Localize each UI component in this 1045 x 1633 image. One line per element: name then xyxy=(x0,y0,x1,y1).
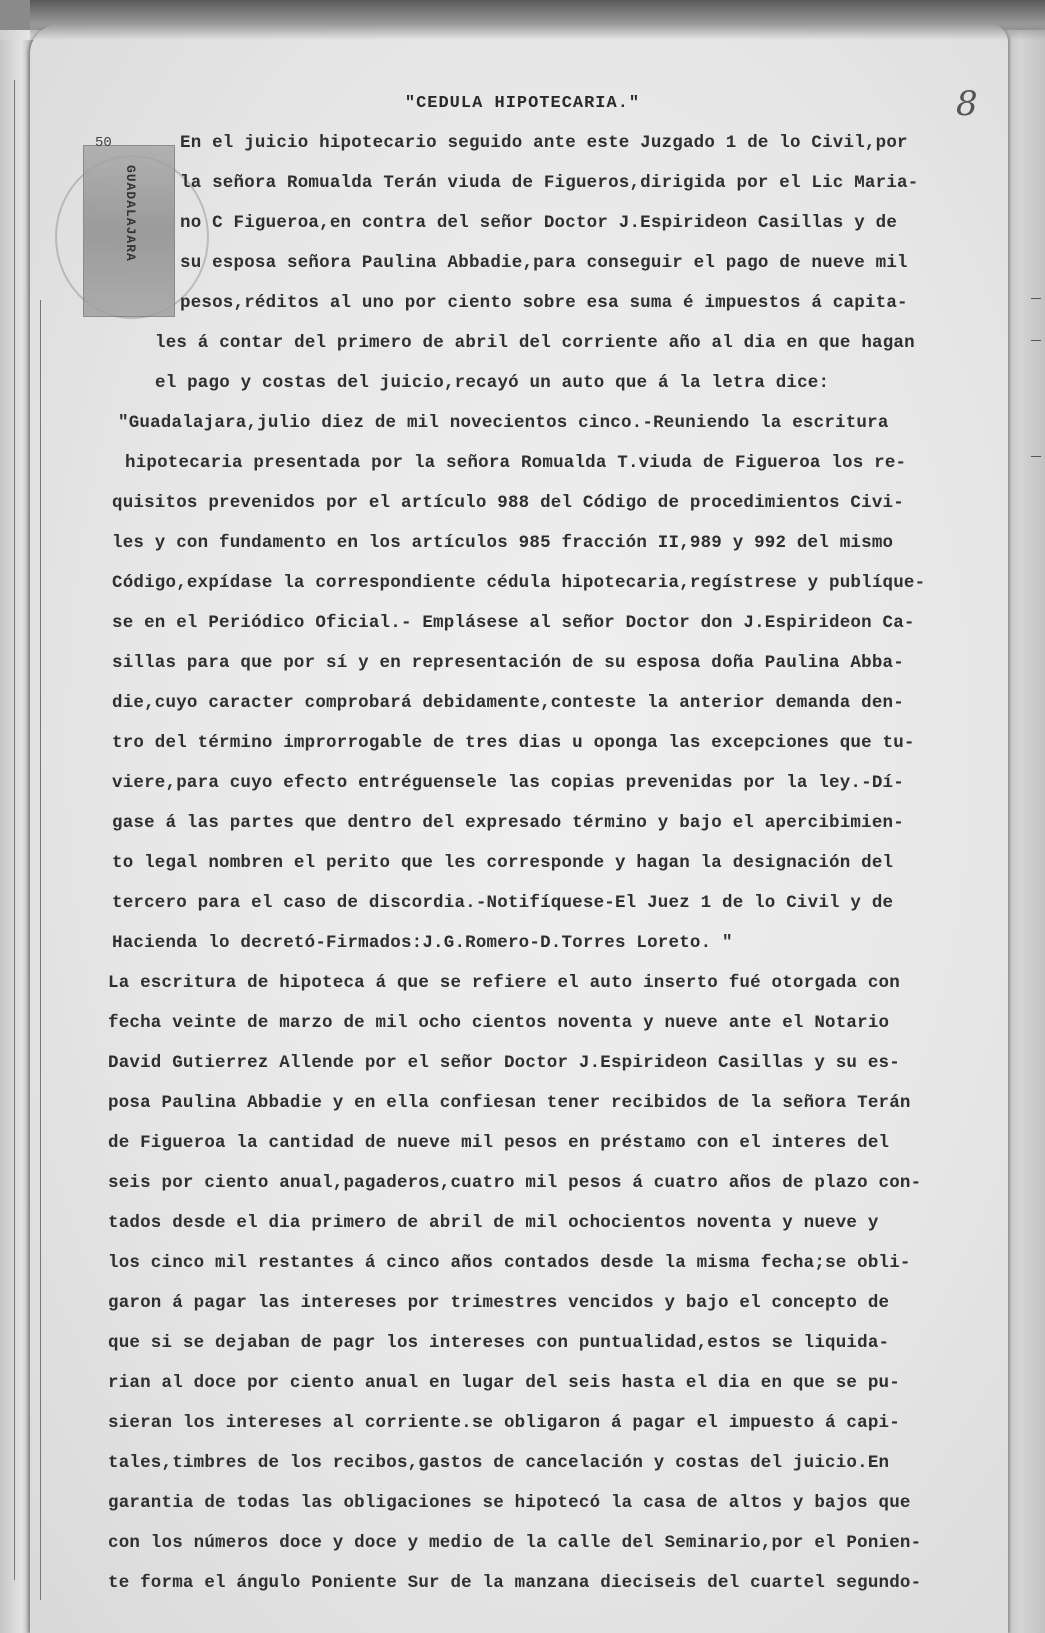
document-line: En el juicio hipotecario seguido ante es… xyxy=(180,133,908,153)
document-line: hipotecaria presentada por la señora Rom… xyxy=(125,453,906,473)
document-line: tales,timbres de los recibos,gastos de c… xyxy=(108,1453,889,1473)
document-line: garon á pagar las intereses por trimestr… xyxy=(108,1293,889,1313)
document-line: posa Paulina Abbadie y en ella confiesan… xyxy=(108,1093,911,1113)
document-line: la señora Romualda Terán viuda de Figuer… xyxy=(180,173,918,193)
document-body: En el juicio hipotecario seguido ante es… xyxy=(0,0,1045,1633)
document-line: les á contar del primero de abril del co… xyxy=(155,333,915,353)
document-line: David Gutierrez Allende por el señor Doc… xyxy=(108,1053,900,1073)
document-line: viere,para cuyo efecto entréguensele las… xyxy=(112,773,904,793)
document-line: te forma el ángulo Poniente Sur de la ma… xyxy=(108,1573,921,1593)
document-line: con los números doce y doce y medio de l… xyxy=(108,1533,921,1553)
document-line: el pago y costas del juicio,recayó un au… xyxy=(155,373,829,393)
document-line: fecha veinte de marzo de mil ocho ciento… xyxy=(108,1013,889,1033)
document-line: pesos,réditos al uno por ciento sobre es… xyxy=(180,293,908,313)
document-line: les y con fundamento en los artículos 98… xyxy=(112,533,893,553)
document-line: sieran los intereses al corriente.se obl… xyxy=(108,1413,900,1433)
document-line: rian al doce por ciento anual en lugar d… xyxy=(108,1373,900,1393)
document-line: los cinco mil restantes á cinco años con… xyxy=(108,1253,911,1273)
document-line: quisitos prevenidos por el artículo 988 … xyxy=(112,493,904,513)
document-line: no C Figueroa,en contra del señor Doctor… xyxy=(180,213,897,233)
document-line: garantia de todas las obligaciones se hi… xyxy=(108,1493,911,1513)
document-line: se en el Periódico Oficial.- Emplásese a… xyxy=(112,613,915,633)
document-line: seis por ciento anual,pagaderos,cuatro m… xyxy=(108,1173,921,1193)
document-line: sillas para que por sí y en representaci… xyxy=(112,653,904,673)
document-line: tados desde el dia primero de abril de m… xyxy=(108,1213,879,1233)
document-line: die,cuyo caracter comprobará debidamente… xyxy=(112,693,904,713)
document-line: "Guadalajara,julio diez de mil novecient… xyxy=(118,413,889,433)
document-line: de Figueroa la cantidad de nueve mil pes… xyxy=(108,1133,889,1153)
document-line: que si se dejaban de pagr los intereses … xyxy=(108,1333,889,1353)
document-line: tro del término improrrogable de tres di… xyxy=(112,733,915,753)
document-line: Hacienda lo decretó-Firmados:J.G.Romero-… xyxy=(112,933,733,953)
document-line: gase á las partes que dentro del expresa… xyxy=(112,813,904,833)
document-line: su esposa señora Paulina Abbadie,para co… xyxy=(180,253,908,273)
document-line: La escritura de hipoteca á que se refier… xyxy=(108,973,900,993)
document-line: Código,expídase la correspondiente cédul… xyxy=(112,573,925,593)
document-line: tercero para el caso de discordia.-Notif… xyxy=(112,893,893,913)
document-line: to legal nombren el perito que les corre… xyxy=(112,853,893,873)
